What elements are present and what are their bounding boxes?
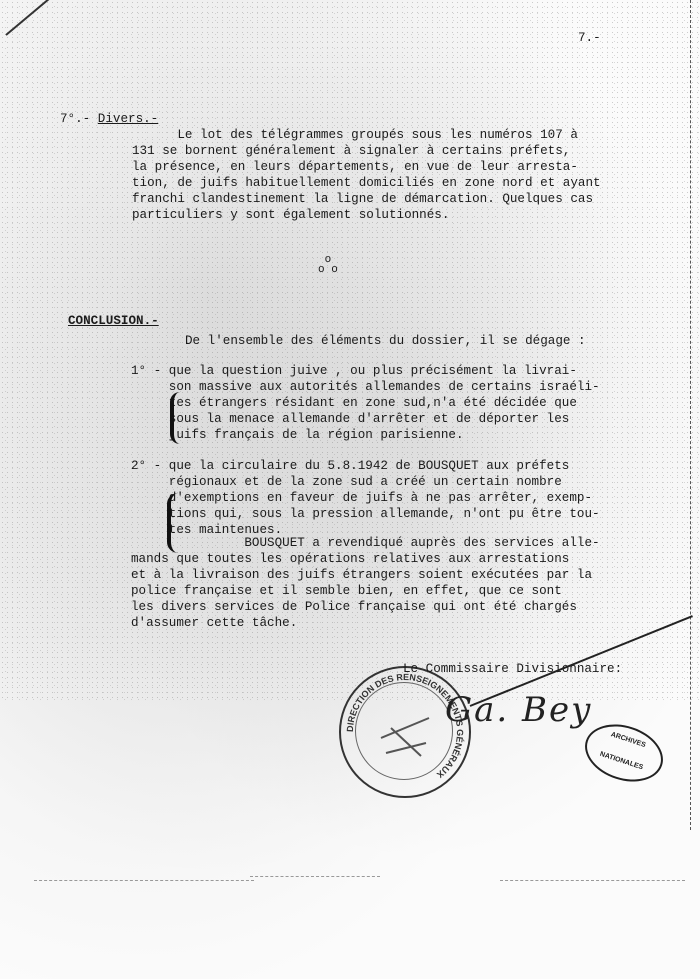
section-title: Divers.- bbox=[98, 112, 158, 126]
section-heading: 7°.- Divers.- bbox=[60, 111, 158, 127]
stamp-bottom-text: NATIONALES bbox=[584, 746, 658, 776]
footer-rule bbox=[34, 880, 254, 882]
page-edge bbox=[690, 0, 691, 830]
handwritten-signature: Ga. Bey bbox=[445, 690, 592, 730]
margin-bracket-mark bbox=[170, 392, 181, 444]
footer-rule bbox=[250, 876, 380, 878]
section-paragraph: Le lot des télégrammes groupés sous les … bbox=[132, 127, 601, 223]
section-number: 7°.- bbox=[60, 112, 90, 126]
official-seal: DIRECTION DES RENSEIGNEMENTS GÉNÉRAUX bbox=[339, 666, 471, 798]
separator-ornament: o o o bbox=[318, 255, 338, 275]
document-page: 7.- 7°.- Divers.- Le lot des télégrammes… bbox=[0, 0, 700, 979]
archives-nationales-stamp: ARCHIVES NATIONALES bbox=[578, 715, 671, 791]
seal-text-ring: DIRECTION DES RENSEIGNEMENTS GÉNÉRAUX bbox=[341, 668, 469, 796]
conclusion-item-1: 1° - que la question juive , ou plus pré… bbox=[131, 363, 600, 443]
signature-label: Le Commissaire Divisionnaire: bbox=[403, 661, 622, 677]
footer-rule bbox=[500, 880, 685, 882]
conclusion-title: CONCLUSION.- bbox=[68, 313, 159, 329]
conclusion-final-paragraph: BOUSQUET a revendiqué auprès des service… bbox=[131, 535, 600, 631]
conclusion-item-2: 2° - que la circulaire du 5.8.1942 de BO… bbox=[131, 458, 600, 538]
conclusion-intro: De l'ensemble des éléments du dossier, i… bbox=[185, 333, 586, 349]
page-number: 7.- bbox=[578, 30, 601, 46]
